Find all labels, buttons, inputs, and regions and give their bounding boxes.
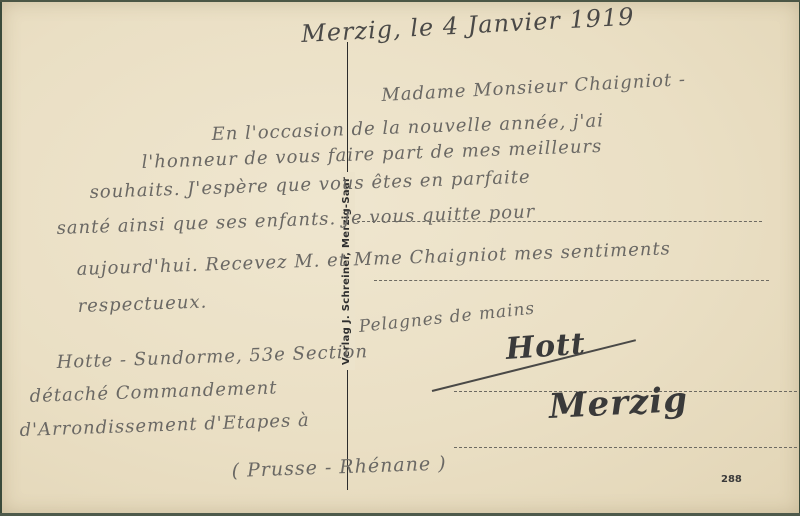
- sender-address-line-3: d'Arrondissement d'Etapes à: [19, 410, 310, 441]
- handwritten-salutation: Madame Monsieur Chaigniot -: [381, 69, 687, 106]
- publisher-imprint: Verlag J. Schreiner, Merzig-Saar: [341, 172, 355, 370]
- handwritten-date-line: Merzig, le 4 Janvier 1919: [301, 3, 636, 48]
- postcard-back: Verlag J. Schreiner, Merzig-Saar Merzig,…: [2, 2, 799, 513]
- card-number: 288: [721, 474, 742, 485]
- sender-address-line-2: détaché Commandement: [29, 377, 278, 407]
- signature-place-merzig: Merzig: [548, 380, 689, 427]
- sender-address-line-4: ( Prusse - Rhénane ): [231, 453, 447, 482]
- handwritten-body-line-6: respectueux.: [77, 291, 207, 317]
- handwritten-body-line-2: l'honneur de vous faire part de mes meil…: [141, 136, 602, 173]
- sender-address-line-1: Hotte - Sundorme, 53e Section: [56, 341, 368, 373]
- address-line-4: [454, 447, 799, 448]
- handwritten-body-line-4: santé ainsi que ses enfants. Je vous qui…: [56, 201, 535, 239]
- address-line-2: [374, 280, 769, 281]
- handwritten-body-line-5: aujourd'hui. Recevez M. et Mme Chaigniot…: [76, 238, 671, 280]
